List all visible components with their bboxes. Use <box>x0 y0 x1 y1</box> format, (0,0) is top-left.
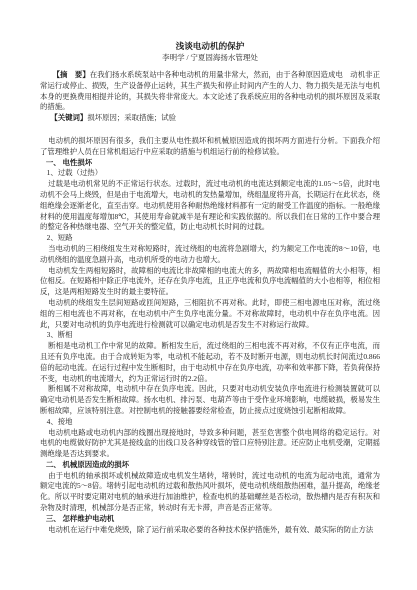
section-heading-electrical-damage: 一、 电性损坏 <box>40 158 380 169</box>
paragraph-overload: 过载是电动机常见的不正常运行状态。过载时，流过电动机的电流达到额定电流的1.05… <box>40 179 380 233</box>
intro-paragraph: 电动机的损坏原因有很多，我们主要从电性损坏和机械原因造成的损坏两方面进行分析。下… <box>40 136 380 158</box>
keywords-label: 【关键词】 <box>50 113 87 122</box>
keywords-line: 【关键词】损坏原因；采取措施；试验 <box>40 113 380 124</box>
paragraph-maintenance: 电动机在运行中难免烧毁，除了运行前采取必要的各种技术保护措施外，最有效、最实际的… <box>40 525 380 536</box>
page-title: 浅谈电动机的保护 <box>40 40 380 52</box>
section-heading-maintenance: 三、 怎样维护电动机 <box>40 514 380 525</box>
abstract-label: 【摘 要】 <box>53 70 90 79</box>
paragraph-short-circuit-1: 当电动机的三相绕组发生对称短路时，流过绕组的电流将急剧增大，约为额定工作电流的8… <box>40 244 380 266</box>
subheading-short-circuit: 2、短路 <box>40 233 380 244</box>
abstract-paragraph: 【摘 要】在我们扬水系统泵站中各种电动机的用量非常大，然而，由于各种原因造成电 … <box>40 70 380 113</box>
keywords-text: 损坏原因；采取措施；试验 <box>87 113 176 122</box>
paragraph-phase-loss-2: 断相属不对称故障，电动机中存在负序电流。因此，只要对电动机安装负序电流进行检测装… <box>40 384 380 416</box>
paragraph-short-circuit-2: 电动机发生两相短路时，故障相的电流比非故障相的电流大的多，两故障相电流幅值的大小… <box>40 266 380 298</box>
subheading-overload: 1、过载（过热） <box>40 168 380 179</box>
paragraph-mechanical: 由于电机的轴承损坏或机械故障造成电机发生堵转，堵转时，流过电动机的电流为起动电流… <box>40 471 380 514</box>
section-heading-mechanical-damage: 二、 机械原因造成的损坏 <box>40 460 380 471</box>
subheading-grounding: 4、接地 <box>40 417 380 428</box>
abstract-text: 在我们扬水系统泵站中各种电动机的用量非常大，然而，由于各种原因造成电 动机非正常… <box>40 70 380 111</box>
document-page: 浅谈电动机的保护 李明学 / 宁夏固海扬水管理处 【摘 要】在我们扬水系统泵站中… <box>0 0 417 590</box>
byline: 李明学 / 宁夏固海扬水管理处 <box>40 52 380 63</box>
paragraph-phase-loss-1: 断相是电动机工作中常见的故障。断相发生后，流过绕组的三相电流不再对称，不仅有正序… <box>40 341 380 384</box>
paragraph-grounding: 电动机电路或电动机内部的线圈出现接地时，导致多种问题，甚至危害整个供电网络的稳定… <box>40 428 380 460</box>
subheading-phase-loss: 3、断相 <box>40 330 380 341</box>
paragraph-short-circuit-3: 电动机的绕组发生层间短路或匝间短路，三相阻抗不再对称。此时，即使三相电源电压对称… <box>40 298 380 330</box>
